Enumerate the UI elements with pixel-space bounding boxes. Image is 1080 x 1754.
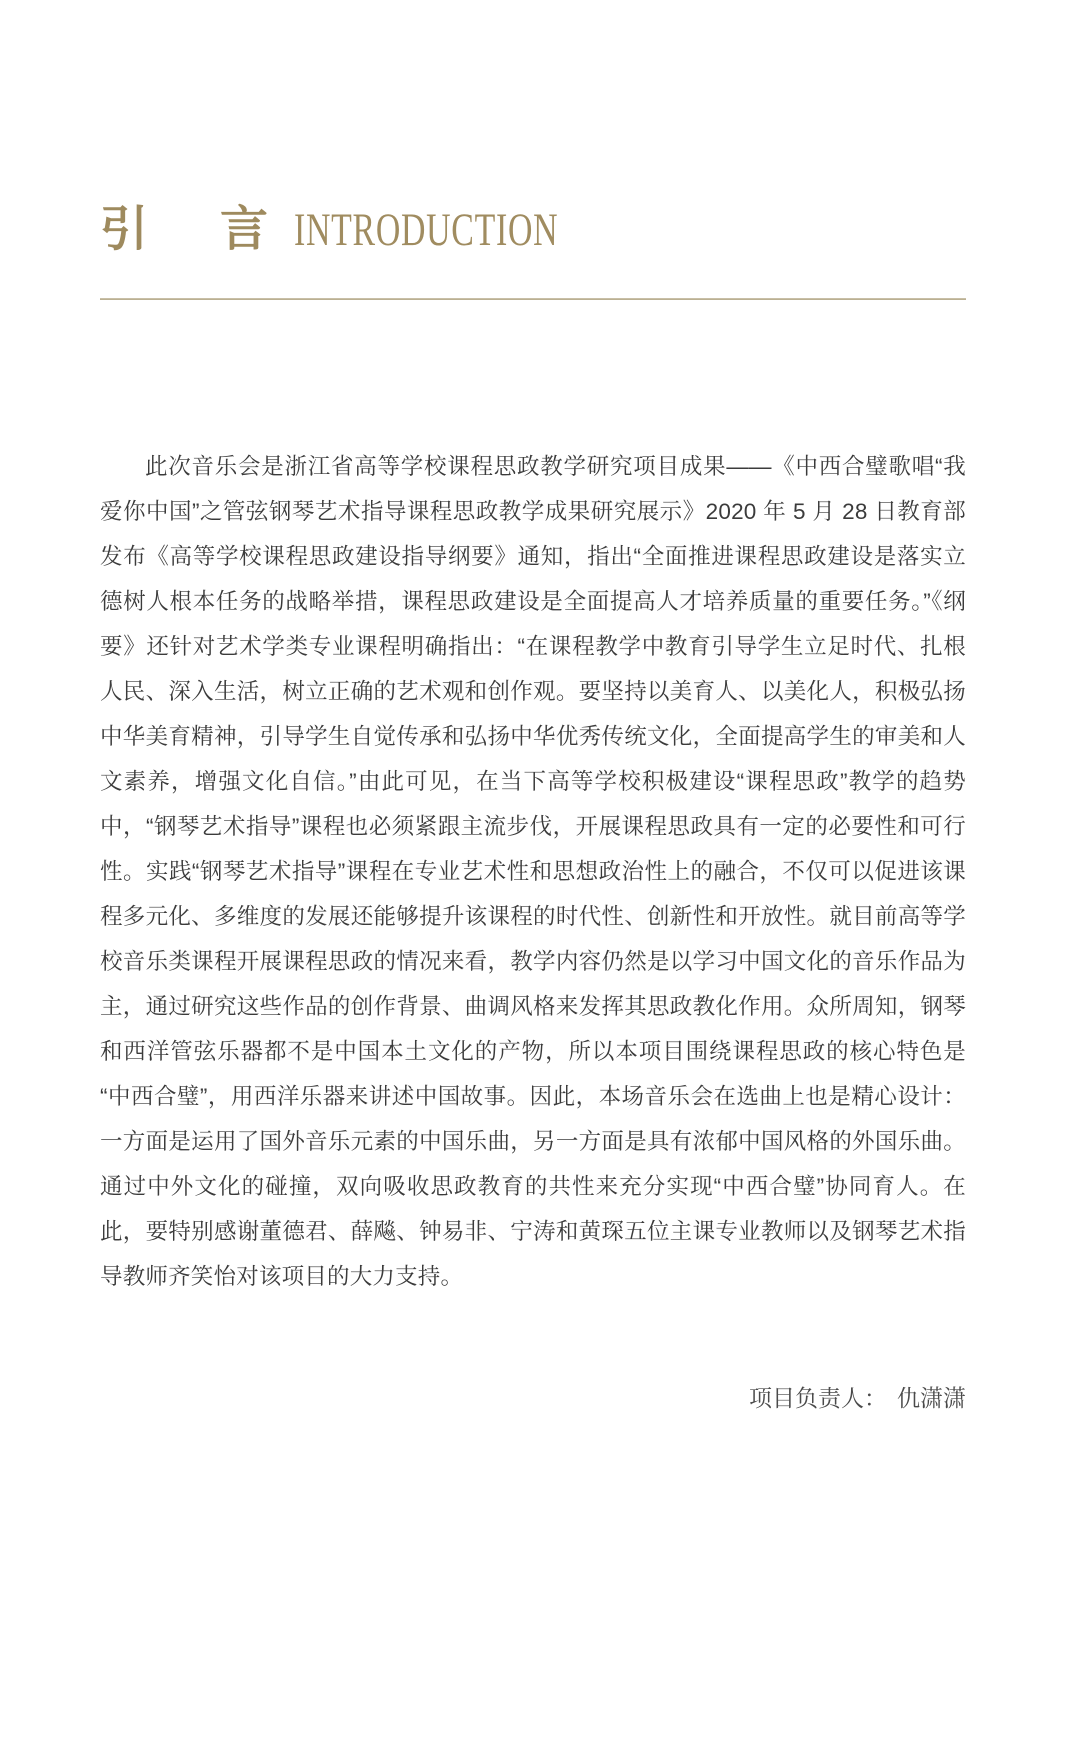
page-header: 引 言 INTRODUCTION [100,190,661,259]
header-divider [100,298,966,300]
signature-line: 项目负责人：仇潇潇 [100,1383,966,1413]
signature-label: 项目负责人： [749,1385,887,1411]
page-title-chinese: 引 言 [100,190,280,259]
page-title-english: INTRODUCTION [294,203,558,257]
signature-name: 仇潇潇 [897,1385,966,1411]
introduction-paragraph: 此次音乐会是浙江省高等学校课程思政教学研究项目成果——《中西合璧歌唱“我爱你中国… [100,444,966,1299]
introduction-page: 引 言 INTRODUCTION 此次音乐会是浙江省高等学校课程思政教学研究项目… [0,0,1080,1754]
